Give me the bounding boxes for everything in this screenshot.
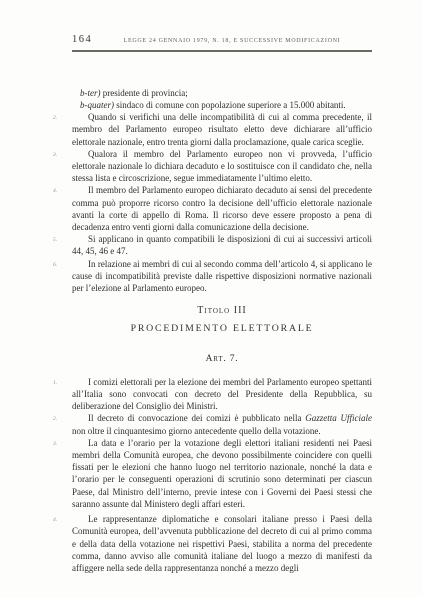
paragraph-art7-comma-4: 4. Le rappresentanze diplomatiche e cons…: [72, 513, 372, 574]
paragraph-text: Le rappresentanze diplomatiche e consola…: [72, 514, 372, 573]
margin-comma-number: 4.: [53, 185, 57, 197]
list-item-marker: b-ter): [80, 88, 101, 98]
list-item-b-quater: b-quater) sindaco di comune con popolazi…: [72, 99, 372, 111]
paragraph-art7-comma-3: 3. La data e l’orario per la votazione d…: [72, 437, 372, 510]
paragraph-art6-comma-4: 4. Il membro del Parlamento europeo dich…: [72, 184, 372, 233]
paragraph-text: Il decreto di convocazione dei comizi è …: [88, 413, 305, 423]
gazzetta-ufficiale-italic: Gazzetta Ufficiale: [305, 413, 372, 423]
paragraph-text: non oltre il cinquantesimo giorno antece…: [72, 426, 321, 436]
title-label: Titolo III: [72, 305, 372, 317]
page-header: 164 LEGGE 24 GENNAIO 1979, N. 18, E SUCC…: [72, 34, 372, 50]
paragraph-text: I comizi elettorali per la elezione dei …: [72, 377, 372, 411]
paragraph-art7-comma-2: 2.Il decreto di convocazione dei comizi …: [72, 412, 372, 436]
margin-comma-number: 3.: [53, 438, 57, 450]
list-item-b-ter: b-ter) presidente di provincia;: [72, 87, 372, 99]
margin-comma-number: 1.: [53, 377, 57, 389]
list-item-text: sindaco di comune con popolazione superi…: [116, 100, 345, 110]
article-label: Art. 7.: [72, 353, 372, 365]
margin-comma-number: 4.: [53, 514, 57, 526]
section-heading: PROCEDIMENTO ELETTORALE: [72, 323, 372, 335]
paragraph-text: Qualora il membro del Parlamento europeo…: [72, 149, 372, 183]
paragraph-text: La data e l’orario per la votazione degl…: [72, 438, 372, 509]
paragraph-text: Quando si verifichi una delle incompatib…: [72, 112, 372, 146]
paragraph-art7-comma-1: 1. I comizi elettorali per la elezione d…: [72, 376, 372, 413]
paragraph-art6-comma-3: 3. Qualora il membro del Parlamento euro…: [72, 148, 372, 185]
body-text: b-ter) presidente di provincia; b-quater…: [72, 87, 372, 574]
page-number: 164: [72, 34, 92, 45]
paragraph-art6-comma-6: 6. In relazione ai membri di cui al seco…: [72, 258, 372, 295]
paragraph-text: Si applicano in quanto compatibili le di…: [72, 234, 372, 256]
margin-comma-number: 2.: [53, 112, 57, 124]
list-item-text: presidente di provincia;: [103, 88, 188, 98]
text-column: 164 LEGGE 24 GENNAIO 1979, N. 18, E SUCC…: [72, 34, 372, 574]
list-item-marker: b-quater): [80, 100, 114, 110]
paragraph-art6-comma-5: 5. Si applicano in quanto compatibili le…: [72, 233, 372, 257]
paragraph-text: Il membro del Parlamento europeo dichiar…: [72, 185, 372, 232]
header-rule: [72, 50, 372, 52]
margin-comma-number: 2.: [53, 413, 57, 425]
margin-comma-number: 6.: [53, 259, 57, 271]
scanned-book-page: 164 LEGGE 24 GENNAIO 1979, N. 18, E SUCC…: [0, 0, 423, 598]
paragraph-art6-comma-2: 2. Quando si verifichi una delle incompa…: [72, 111, 372, 148]
paragraph-text: In relazione ai membri di cui al secondo…: [72, 259, 372, 293]
margin-comma-number: 3.: [53, 149, 57, 161]
running-header: LEGGE 24 GENNAIO 1979, N. 18, E SUCCESSI…: [92, 38, 372, 44]
margin-comma-number: 5.: [53, 234, 57, 246]
